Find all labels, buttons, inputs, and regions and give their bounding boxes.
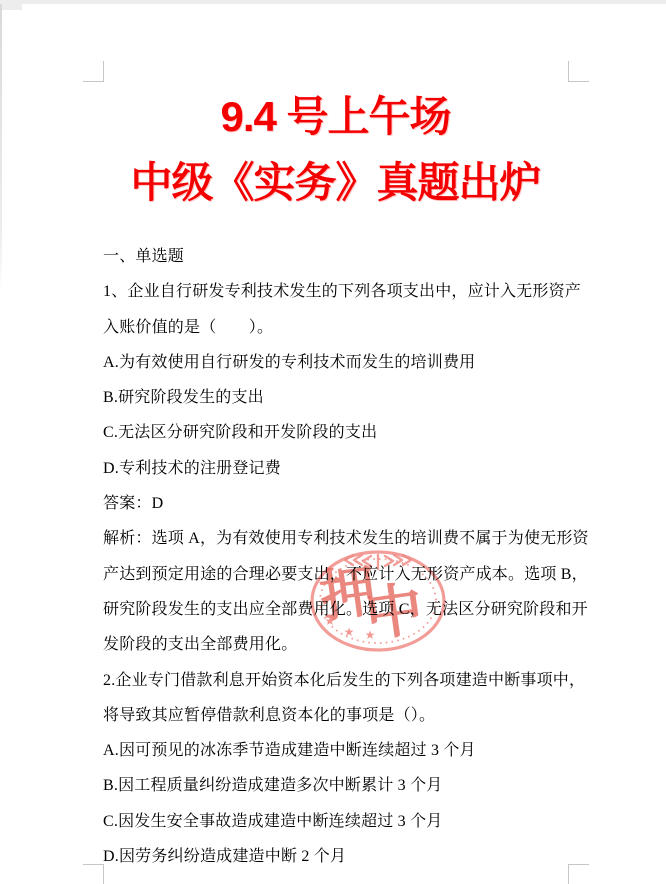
question-2-stem-line-1: 2.企业专门借款利息开始资本化后发生的下列各项建造中断事项中， [103, 663, 573, 698]
question-1-option-b: B.研究阶段发生的支出 [103, 380, 573, 415]
question-1-option-a: A.为有效使用自行研发的专利技术而发生的培训费用 [103, 345, 573, 380]
crop-mark-top-left [83, 61, 104, 82]
title-line-2: 中级《实务》真题出炉 [103, 150, 568, 216]
question-2-option-b: B.因工程质量纠纷造成建造多次中断累计 3 个月 [103, 768, 573, 803]
question-2-option-c: C.因发生安全事故造成建造中断连续超过 3 个月 [103, 804, 573, 839]
question-2-stem-line-2: 将导致其应暂停借款利息资本化的事项是（）。 [103, 698, 573, 733]
question-1-analysis-line-1: 解析：选项 A，为有效使用专利技术发生的培训费不属于为使无形资 [103, 521, 573, 556]
question-2-option-d: D.因劳务纠纷造成建造中断 2 个月 [103, 839, 573, 874]
title-line-1: 9.4 号上午场 [103, 84, 568, 150]
crop-mark-bottom-left [83, 864, 104, 884]
page-corner-shade [0, 0, 22, 10]
question-1-option-c: C.无法区分研究阶段和开发阶段的支出 [103, 415, 573, 450]
page-top-edge [0, 0, 666, 4]
page-left-edge [0, 4, 2, 296]
document-title: 9.4 号上午场 中级《实务》真题出炉 [103, 84, 568, 216]
question-1-stem-line-1: 1、企业自行研发专利技术发生的下列各项支出中，应计入无形资产 [103, 274, 573, 309]
question-1-answer: 答案：D [103, 486, 573, 521]
crop-mark-top-right [568, 61, 589, 82]
question-1-analysis-line-3: 研究阶段发生的支出应全部费用化。选项 C，无法区分研究阶段和开 [103, 592, 573, 627]
question-1-stem-line-2: 入账价值的是（ ）。 [103, 310, 573, 345]
section-heading: 一、单选题 [103, 239, 573, 274]
question-2-option-a: A.因可预见的冰冻季节造成建造中断连续超过 3 个月 [103, 733, 573, 768]
document-body: 一、单选题 1、企业自行研发专利技术发生的下列各项支出中，应计入无形资产 入账价… [103, 239, 573, 874]
question-1-option-d: D.专利技术的注册登记费 [103, 451, 573, 486]
question-1-analysis-line-2: 产达到预定用途的合理必要支出，不应计入无形资产成本。选项 B， [103, 557, 573, 592]
question-1-analysis-line-4: 发阶段的支出全部费用化。 [103, 627, 573, 662]
